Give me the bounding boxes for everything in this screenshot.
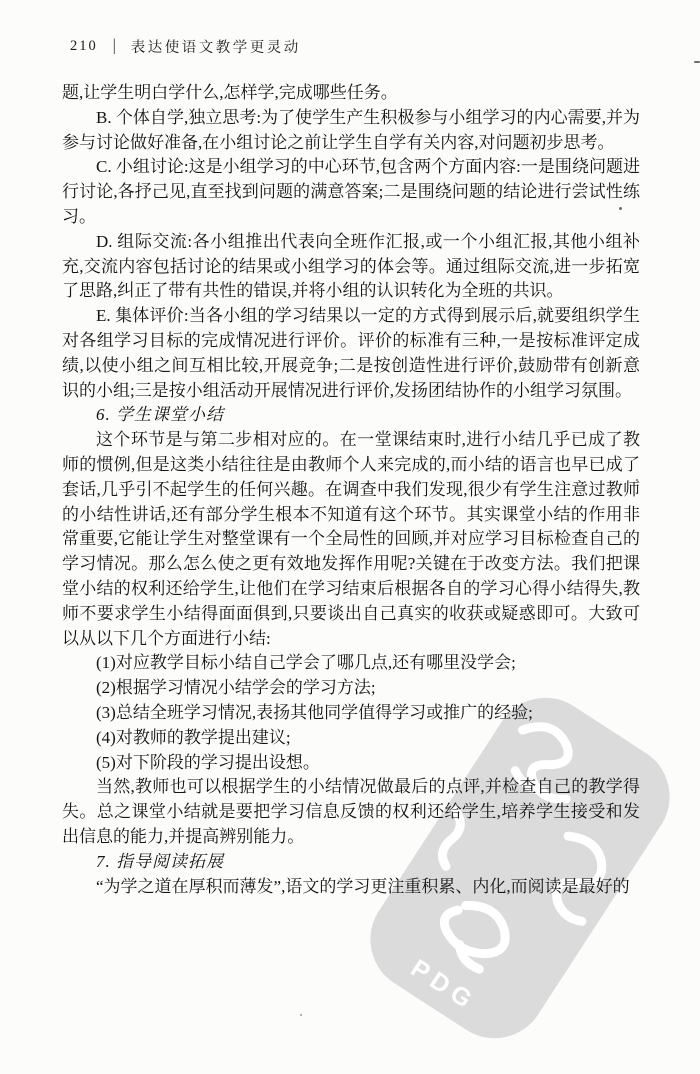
list-item-e: E. 集体评价:当各小组的学习结果以一定的方式得到展示后,就要组织学生对各组学习…	[62, 304, 640, 403]
numbered-item-5: (5)对下阶段的学习提出设想。	[62, 751, 640, 776]
page-number: 210	[70, 38, 98, 55]
scan-speck	[619, 207, 622, 210]
section-heading-7: 7. 指导阅读拓展	[62, 850, 640, 875]
list-item-d: D. 组际交流:各小组推出代表向全班作汇报,或一个小组汇报,其他小组补充,交流内…	[62, 230, 640, 304]
paragraph: 当然,教师也可以根据学生的小结情况做最后的点评,并检查自己的教学得失。总之课堂小…	[62, 775, 640, 849]
header-divider: |	[113, 37, 116, 57]
section-heading-6: 6. 学生课堂小结	[62, 403, 640, 428]
scan-speck	[694, 61, 700, 63]
paragraph: 这个环节是与第二步相对应的。在一堂课结束时,进行小结几乎已成了教师的惯例,但是这…	[62, 428, 640, 651]
running-head: 210 | 表达使语文教学更灵动	[70, 36, 301, 57]
page-body-text: 题,让学生明白学什么,怎样学,完成哪些任务。 B. 个体自学,独立思考:为了使学…	[62, 81, 640, 899]
scan-speck	[300, 1014, 302, 1016]
numbered-item-3: (3)总结全班学习情况,表扬其他同学值得学习或推广的经验;	[62, 701, 640, 726]
list-item-b: B. 个体自学,独立思考:为了使学生产生积极参与小组学习的内心需要,并为参与讨论…	[62, 106, 640, 156]
book-title: 表达使语文教学更灵动	[131, 36, 301, 57]
scan-speck	[636, 479, 638, 481]
numbered-item-4: (4)对教师的教学提出建议;	[62, 726, 640, 751]
numbered-item-1: (1)对应教学目标小结自己学会了哪几点,还有哪里没学会;	[62, 651, 640, 676]
numbered-item-2: (2)根据学习情况小结学会的学习方法;	[62, 676, 640, 701]
list-item-c: C. 小组讨论:这是小组学习的中心环节,包含两个方面内容:一是围绕问题进行讨论,…	[62, 155, 640, 229]
paragraph-continuation: 题,让学生明白学什么,怎样学,完成哪些任务。	[62, 81, 640, 106]
scanned-book-page: PDG 210 | 表达使语文教学更灵动 题,让学生明白学什么,怎样学,完成哪些…	[0, 0, 700, 1074]
paragraph: “为学之道在厚积而薄发”,语文的学习更注重积累、内化,而阅读是最好的	[62, 875, 640, 900]
